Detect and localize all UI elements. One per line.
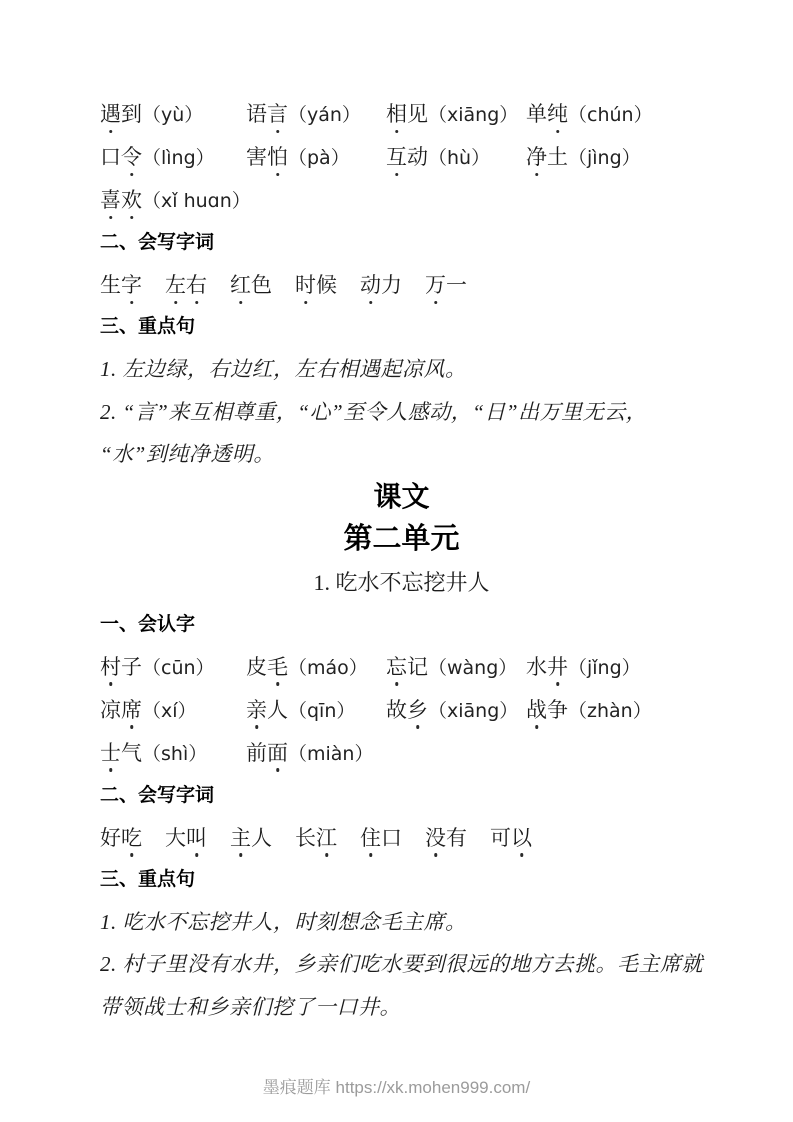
vocab-entry: 水井（jǐng） bbox=[526, 646, 703, 689]
hanzi-char: 红 bbox=[230, 272, 251, 298]
vocab-entry: 净土（jìng） bbox=[526, 136, 703, 179]
vocab-entry: 互动（hù） bbox=[386, 136, 526, 179]
unit1-section: 遇到（yù）语言（yán）相见（xiāng）单纯（chún）口令（lìng）害怕… bbox=[100, 93, 703, 476]
hanzi-char: 以 bbox=[511, 825, 532, 851]
hanzi-char: 人 bbox=[251, 825, 272, 851]
pinyin-annotation: （xǐ huɑn） bbox=[142, 190, 251, 212]
hanzi-char: 前 bbox=[246, 740, 267, 766]
vocab-row: 遇到（yù）语言（yán）相见（xiāng）单纯（chún） bbox=[100, 93, 703, 136]
pinyin-annotation: （lìng） bbox=[142, 147, 215, 169]
key-sentence: 1. 吃水不忘挖井人，时刻想念毛主席。 bbox=[100, 901, 703, 944]
hanzi-char: 动 bbox=[407, 144, 428, 170]
hanzi-char: 互 bbox=[386, 144, 407, 170]
hanzi-char: 口 bbox=[381, 825, 402, 851]
key-sentence: 2. 村子里没有水井，乡亲们吃水要到很远的地方去挑。毛主席就 bbox=[100, 943, 703, 986]
vocab-entry: 前面（miàn） bbox=[246, 732, 386, 775]
hanzi-char: 时 bbox=[295, 272, 316, 298]
key-sentence: 带领战士和乡亲们挖了一口井。 bbox=[100, 986, 703, 1029]
hanzi-char: 语 bbox=[246, 101, 267, 127]
hanzi-char: 记 bbox=[407, 654, 428, 680]
hanzi-char: 有 bbox=[446, 825, 467, 851]
write-word: 长江 bbox=[295, 817, 337, 859]
pinyin-annotation: （miàn） bbox=[288, 743, 373, 765]
vocab-entry: 皮毛（máo） bbox=[246, 646, 386, 689]
pinyin-annotation: （yán） bbox=[288, 104, 361, 126]
hanzi-char: 吃 bbox=[121, 825, 142, 851]
vocab-row: 士气（shì）前面（miàn） bbox=[100, 732, 703, 775]
unit2-recognize-list: 村子（cūn）皮毛（máo）忘记（wàng）水井（jǐng）凉席（xí）亲人（q… bbox=[100, 646, 703, 775]
write-word: 时候 bbox=[295, 264, 337, 306]
hanzi-char: 毛 bbox=[267, 654, 288, 680]
vocab-entry: 语言（yán） bbox=[246, 93, 386, 136]
hanzi-char: 故 bbox=[386, 697, 407, 723]
hanzi-char: 欢 bbox=[121, 187, 142, 213]
hanzi-char: 言 bbox=[267, 101, 288, 127]
hanzi-char: 怕 bbox=[267, 144, 288, 170]
hanzi-char: 可 bbox=[490, 825, 511, 851]
vocab-entry: 凉席（xí） bbox=[100, 689, 246, 732]
pinyin-annotation: （hù） bbox=[428, 147, 490, 169]
unit2-recognize-header: 一、会认字 bbox=[100, 604, 703, 646]
hanzi-char: 忘 bbox=[386, 654, 407, 680]
pinyin-annotation: （zhàn） bbox=[568, 700, 652, 722]
write-word: 主人 bbox=[230, 817, 272, 859]
hanzi-char: 生 bbox=[100, 272, 121, 298]
key-sentence: 1. 左边绿，右边红，左右相遇起凉风。 bbox=[100, 348, 703, 391]
vocab-entry: 忘记（wàng） bbox=[386, 646, 526, 689]
unit1-key-header: 三、重点句 bbox=[100, 306, 703, 348]
hanzi-char: 纯 bbox=[547, 101, 568, 127]
write-word: 没有 bbox=[425, 817, 467, 859]
vocab-entry: 口令（lìng） bbox=[100, 136, 246, 179]
hanzi-char: 没 bbox=[425, 825, 446, 851]
pinyin-annotation: （chún） bbox=[568, 104, 653, 126]
vocab-entry: 害怕（pà） bbox=[246, 136, 386, 179]
vocab-row: 喜欢（xǐ huɑn） bbox=[100, 179, 703, 222]
vocab-entry: 喜欢（xǐ huɑn） bbox=[100, 179, 246, 222]
hanzi-char: 井 bbox=[547, 654, 568, 680]
hanzi-char: 村 bbox=[100, 654, 121, 680]
write-word: 生字 bbox=[100, 264, 142, 306]
pinyin-annotation: （shì） bbox=[142, 743, 207, 765]
unit-title: 第二单元 bbox=[100, 518, 703, 561]
hanzi-char: 住 bbox=[360, 825, 381, 851]
vocab-entry: 相见（xiāng） bbox=[386, 93, 526, 136]
hanzi-char: 水 bbox=[526, 654, 547, 680]
unit2-key-header: 三、重点句 bbox=[100, 859, 703, 901]
vocab-entry: 村子（cūn） bbox=[100, 646, 246, 689]
pinyin-annotation: （yù） bbox=[142, 104, 203, 126]
key-sentence: 2. “言”来互相尊重，“心”至令人感动，“日”出万里无云， bbox=[100, 391, 703, 434]
pinyin-annotation: （xiāng） bbox=[428, 104, 518, 126]
hanzi-char: 左 bbox=[165, 272, 186, 298]
unit2-write-words: 好吃大叫主人长江住口没有可以 bbox=[100, 817, 703, 859]
vocab-entry: 战争（zhàn） bbox=[526, 689, 703, 732]
pinyin-annotation: （wàng） bbox=[428, 657, 517, 679]
hanzi-char: 候 bbox=[316, 272, 337, 298]
section-title: 课文 bbox=[100, 476, 703, 518]
hanzi-char: 喜 bbox=[100, 187, 121, 213]
hanzi-char: 主 bbox=[230, 825, 251, 851]
hanzi-char: 万 bbox=[425, 272, 446, 298]
hanzi-char: 口 bbox=[100, 144, 121, 170]
hanzi-char: 乡 bbox=[407, 697, 428, 723]
unit2-write-header: 二、会写字词 bbox=[100, 775, 703, 817]
hanzi-char: 士 bbox=[100, 740, 121, 766]
hanzi-char: 土 bbox=[547, 144, 568, 170]
lesson-title: 1. 吃水不忘挖井人 bbox=[100, 561, 703, 604]
unit1-write-words: 生字左右红色时候动力万一 bbox=[100, 264, 703, 306]
hanzi-char: 凉 bbox=[100, 697, 121, 723]
hanzi-char: 色 bbox=[251, 272, 272, 298]
footer-watermark: 墨痕题库 https://xk.mohen999.com/ bbox=[0, 1073, 793, 1098]
hanzi-char: 右 bbox=[186, 272, 207, 298]
hanzi-char: 皮 bbox=[246, 654, 267, 680]
write-word: 大叫 bbox=[165, 817, 207, 859]
pinyin-annotation: （xiāng） bbox=[428, 700, 518, 722]
unit1-write-header: 二、会写字词 bbox=[100, 222, 703, 264]
hanzi-char: 令 bbox=[121, 144, 142, 170]
hanzi-char: 单 bbox=[526, 101, 547, 127]
hanzi-char: 好 bbox=[100, 825, 121, 851]
hanzi-char: 害 bbox=[246, 144, 267, 170]
hanzi-char: 面 bbox=[267, 740, 288, 766]
hanzi-char: 遇 bbox=[100, 101, 121, 127]
write-word: 好吃 bbox=[100, 817, 142, 859]
hanzi-char: 江 bbox=[316, 825, 337, 851]
hanzi-char: 字 bbox=[121, 272, 142, 298]
unit1-recognize-list: 遇到（yù）语言（yán）相见（xiāng）单纯（chún）口令（lìng）害怕… bbox=[100, 93, 703, 222]
write-word: 住口 bbox=[360, 817, 402, 859]
hanzi-char: 见 bbox=[407, 101, 428, 127]
vocab-row: 凉席（xí）亲人（qīn）故乡（xiāng）战争（zhàn） bbox=[100, 689, 703, 732]
pinyin-annotation: （pà） bbox=[288, 147, 350, 169]
worksheet-page: 遇到（yù）语言（yán）相见（xiāng）单纯（chún）口令（lìng）害怕… bbox=[0, 0, 793, 1122]
unit2-section: 一、会认字 村子（cūn）皮毛（máo）忘记（wàng）水井（jǐng）凉席（x… bbox=[100, 604, 703, 1029]
pinyin-annotation: （jǐng） bbox=[568, 657, 641, 679]
hanzi-char: 净 bbox=[526, 144, 547, 170]
hanzi-char: 力 bbox=[381, 272, 402, 298]
write-word: 动力 bbox=[360, 264, 402, 306]
hanzi-char: 亲 bbox=[246, 697, 267, 723]
pinyin-annotation: （máo） bbox=[288, 657, 368, 679]
hanzi-char: 战 bbox=[526, 697, 547, 723]
pinyin-annotation: （cūn） bbox=[142, 657, 215, 679]
vocab-entry: 遇到（yù） bbox=[100, 93, 246, 136]
hanzi-char: 争 bbox=[547, 697, 568, 723]
vocab-row: 口令（lìng）害怕（pà）互动（hù）净土（jìng） bbox=[100, 136, 703, 179]
hanzi-char: 子 bbox=[121, 654, 142, 680]
hanzi-char: 一 bbox=[446, 272, 467, 298]
hanzi-char: 到 bbox=[121, 101, 142, 127]
hanzi-char: 长 bbox=[295, 825, 316, 851]
write-word: 万一 bbox=[425, 264, 467, 306]
pinyin-annotation: （qīn） bbox=[288, 700, 355, 722]
hanzi-char: 相 bbox=[386, 101, 407, 127]
vocab-entry: 士气（shì） bbox=[100, 732, 246, 775]
vocab-entry: 亲人（qīn） bbox=[246, 689, 386, 732]
pinyin-annotation: （xí） bbox=[142, 700, 197, 722]
hanzi-char: 人 bbox=[267, 697, 288, 723]
hanzi-char: 气 bbox=[121, 740, 142, 766]
vocab-entry: 故乡（xiāng） bbox=[386, 689, 526, 732]
hanzi-char: 席 bbox=[121, 697, 142, 723]
write-word: 左右 bbox=[165, 264, 207, 306]
key-sentence: “水”到纯净透明。 bbox=[100, 433, 703, 476]
vocab-entry: 单纯（chún） bbox=[526, 93, 703, 136]
pinyin-annotation: （jìng） bbox=[568, 147, 641, 169]
write-word: 红色 bbox=[230, 264, 272, 306]
hanzi-char: 叫 bbox=[186, 825, 207, 851]
hanzi-char: 动 bbox=[360, 272, 381, 298]
vocab-row: 村子（cūn）皮毛（máo）忘记（wàng）水井（jǐng） bbox=[100, 646, 703, 689]
hanzi-char: 大 bbox=[165, 825, 186, 851]
write-word: 可以 bbox=[490, 817, 532, 859]
